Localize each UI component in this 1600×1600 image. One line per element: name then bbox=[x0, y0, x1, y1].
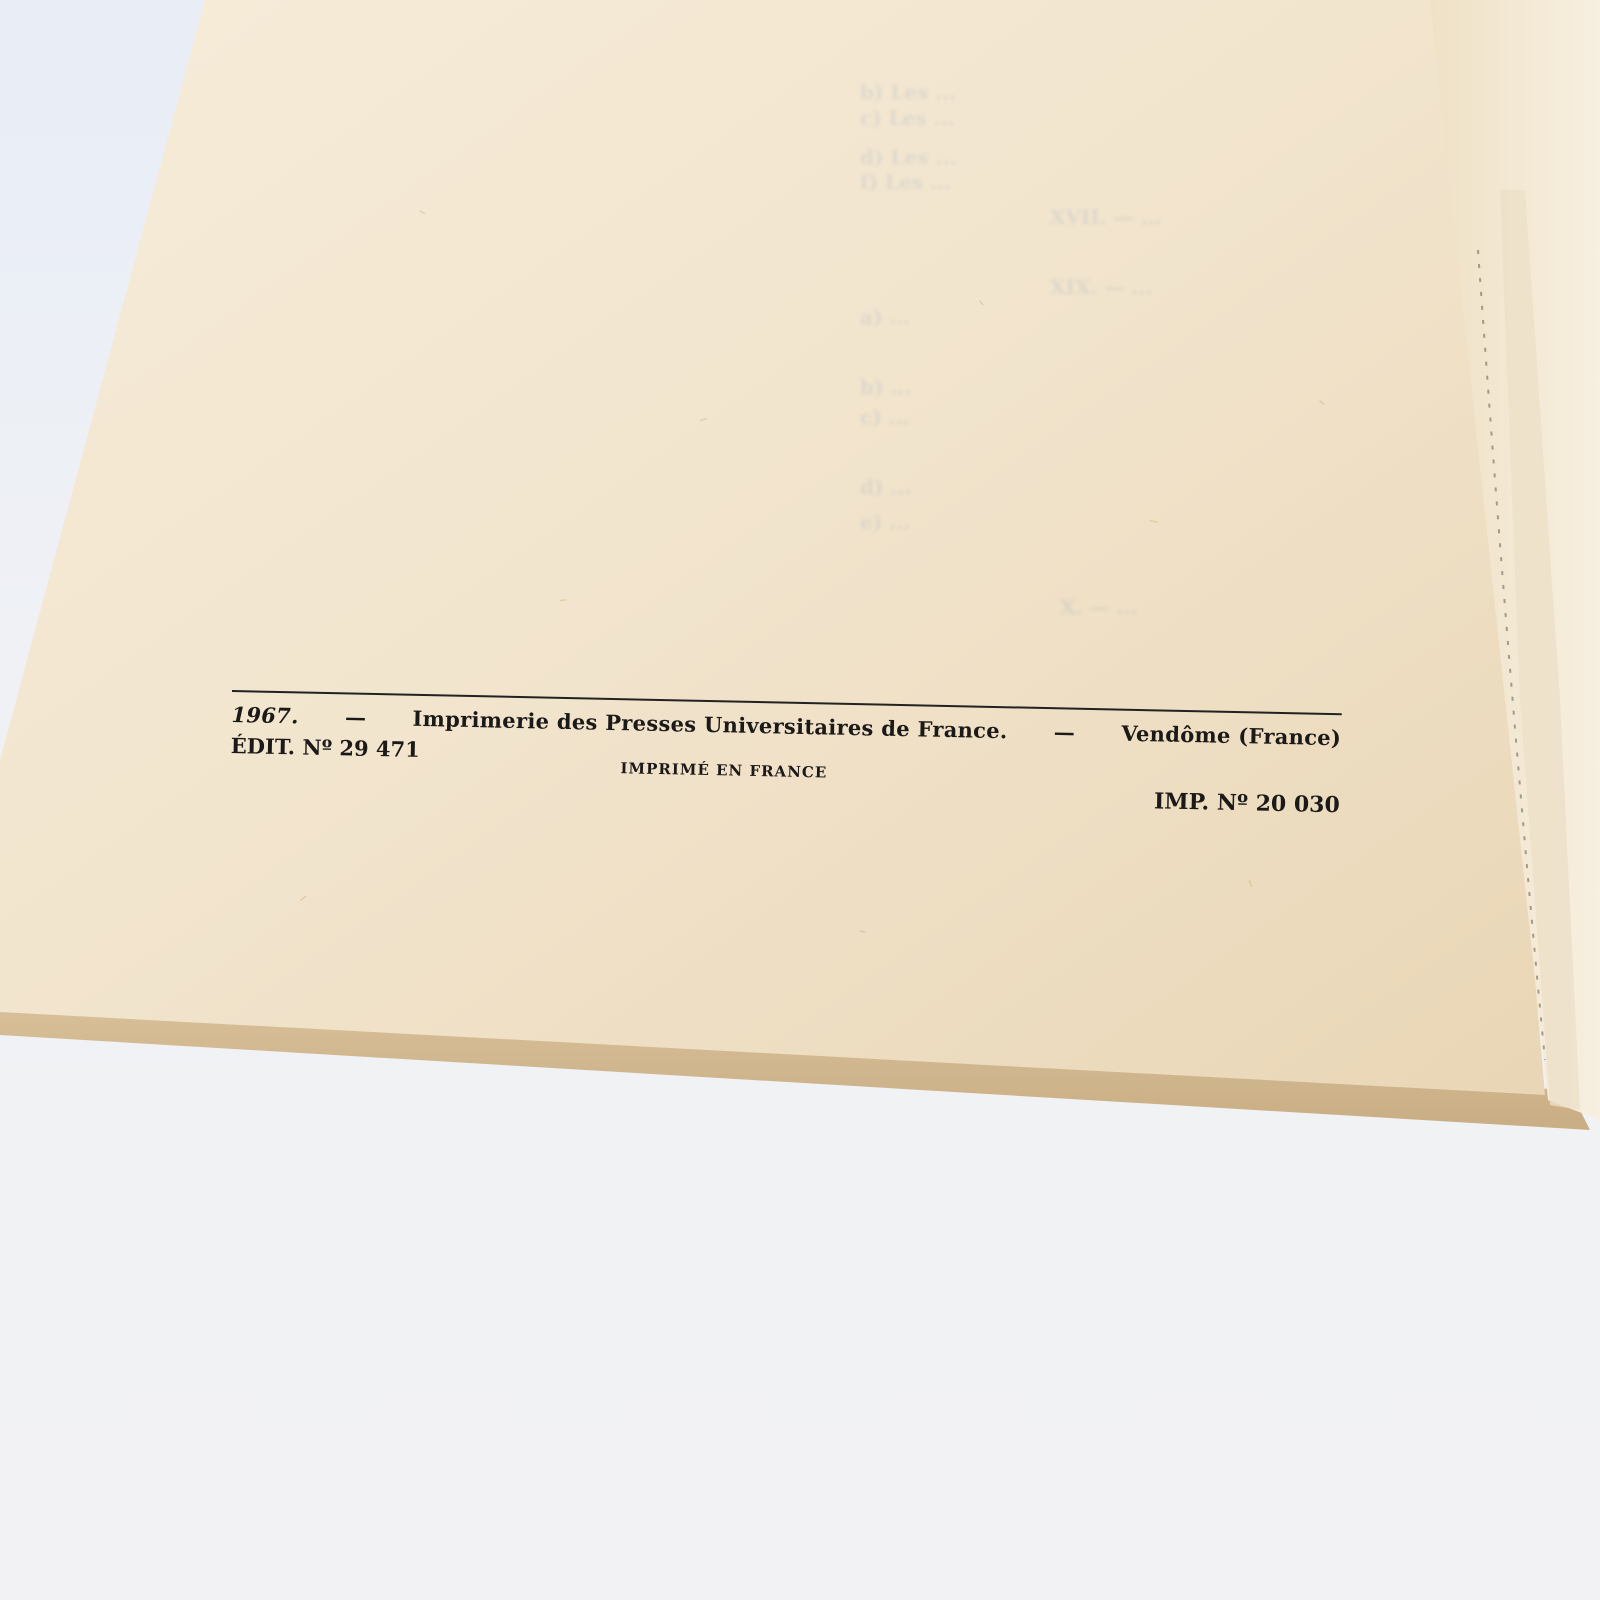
show-through-line: f) Les ... bbox=[860, 170, 951, 194]
print-year: 1967. bbox=[231, 702, 299, 728]
photo-scene: b) Les ... c) Les ... d) Les ... f) Les … bbox=[0, 0, 1600, 1600]
show-through-line: c) ... bbox=[860, 405, 910, 429]
edition-number: ÉDIT. Nº 29 471 bbox=[231, 733, 420, 762]
show-through-line: a) ... bbox=[860, 305, 910, 329]
show-through-line: b) Les ... bbox=[860, 80, 956, 104]
dash: — bbox=[345, 704, 367, 729]
show-through-line: b) ... bbox=[860, 375, 911, 399]
show-through-line: XIX. — ... bbox=[1050, 275, 1152, 299]
printed-in-label: IMPRIMÉ EN FRANCE bbox=[620, 759, 827, 781]
impression-number: IMP. Nº 20 030 bbox=[1154, 788, 1340, 818]
show-through-line: X. — ... bbox=[1060, 595, 1137, 619]
dash: — bbox=[1054, 719, 1076, 744]
show-through-line: XVII. — ... bbox=[1050, 205, 1162, 229]
show-through-line: c) Les ... bbox=[860, 106, 955, 130]
show-through-line: d) ... bbox=[860, 475, 911, 499]
print-location: Vendôme (France) bbox=[1121, 721, 1341, 751]
show-through-line: d) Les ... bbox=[860, 145, 956, 169]
printer-name: Imprimerie des Presses Universitaires de… bbox=[412, 706, 1008, 743]
show-through-line: e) ... bbox=[860, 510, 910, 534]
